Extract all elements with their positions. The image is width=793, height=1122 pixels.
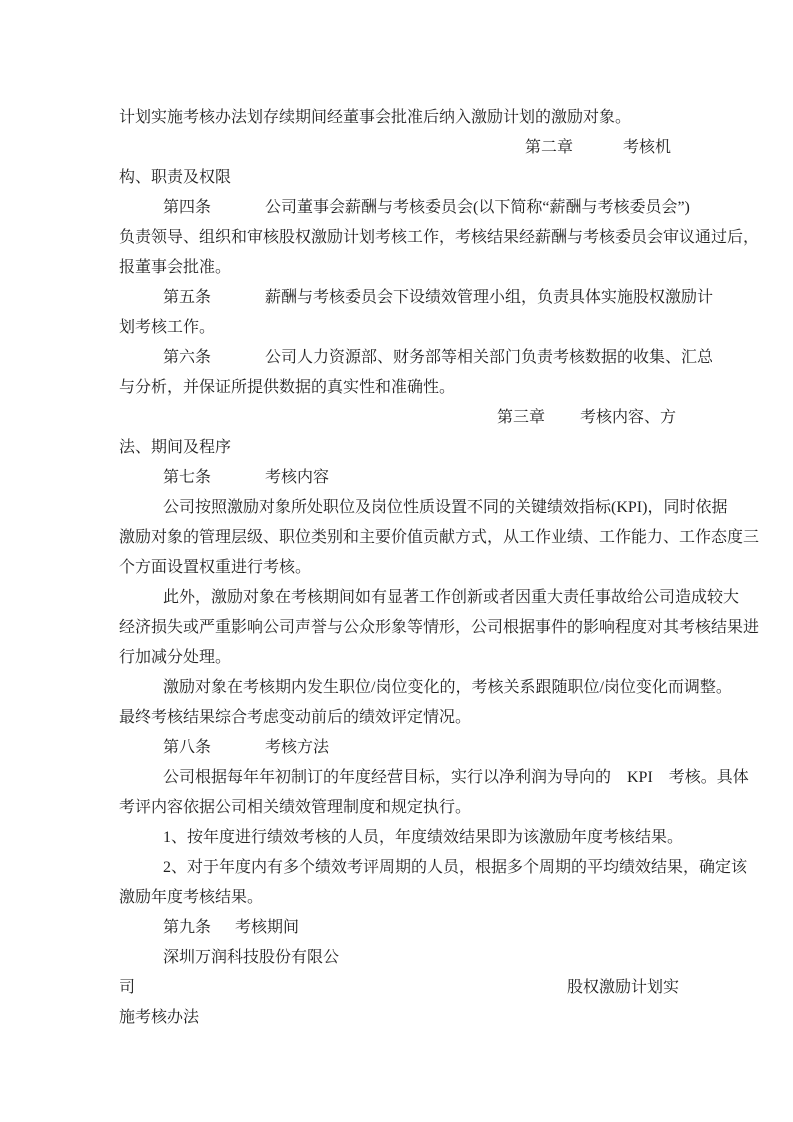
paragraph-line: 划考核工作。 <box>119 313 679 343</box>
paragraph-line: 激励年度考核结果。 <box>119 883 679 913</box>
document-text-block: 计划实施考核办法划存续期间经董事会批准后纳入激励计划的激励对象。 第二章考核机 … <box>119 103 679 1033</box>
paragraph-line: 考评内容依据公司相关绩效管理制度和规定执行。 <box>119 793 679 823</box>
chapter-3-title-wrap-line: 法、期间及程序 <box>119 433 679 463</box>
article-number: 第九条 <box>163 919 211 936</box>
tab-space <box>211 928 235 929</box>
article-number: 第八条 <box>163 739 211 756</box>
paragraph-line: 经济损失或严重影响公司声誉与公众形象等情形，公司根据事件的影响程度对其考核结果进 <box>119 613 679 643</box>
paragraph-line: 报董事会批准。 <box>119 253 679 283</box>
paragraph-line: 计划实施考核办法划存续期间经董事会批准后纳入激励计划的激励对象。 <box>119 103 679 133</box>
article-text: 薪酬与考核委员会下设绩效管理小组，负责具体实施股权激励计 <box>265 289 713 306</box>
article-text: 公司人力资源部、财务部等相关部门负责考核数据的收集、汇总 <box>265 349 713 366</box>
article-4-line: 第四条公司董事会薪酬与考核委员会(以下简称“薪酬与考核委员会”) <box>119 193 679 223</box>
article-title: 考核内容 <box>265 469 329 486</box>
company-title-split-line: 司股权激励计划实 <box>119 973 679 1003</box>
article-6-line: 第六条公司人力资源部、财务部等相关部门负责考核数据的收集、汇总 <box>119 343 679 373</box>
chapter-3-heading-line: 第三章考核内容、方 <box>119 403 679 433</box>
chapter-title-fragment: 考核内容、方 <box>580 409 676 426</box>
article-7-line: 第七条考核内容 <box>119 463 679 493</box>
article-8-line: 第八条考核方法 <box>119 733 679 763</box>
chapter-label: 第三章 <box>497 409 545 426</box>
paragraph-line: 公司根据每年年初制订的年度经营目标，实行以净利润为导向的 KPI 考核。具体 <box>119 763 679 793</box>
company-name-wrap-fragment: 司 <box>119 979 135 996</box>
paragraph-line: 行加减分处理。 <box>119 643 679 673</box>
tab-space <box>211 748 265 749</box>
list-item-1-line: 1、按年度进行绩效考核的人员，年度绩效结果即为该激励年度考核结果。 <box>119 823 679 853</box>
paragraph-line: 最终考核结果综合考虑变动前后的绩效评定情况。 <box>119 703 679 733</box>
article-5-line: 第五条薪酬与考核委员会下设绩效管理小组，负责具体实施股权激励计 <box>119 283 679 313</box>
chapter-2-heading-line: 第二章考核机 <box>119 133 679 163</box>
heading-gap <box>573 148 623 149</box>
chapter-label: 第二章 <box>525 139 573 156</box>
doc-title-wrap-line: 施考核办法 <box>119 1003 679 1033</box>
paragraph-line: 个方面设置权重进行考核。 <box>119 553 679 583</box>
paragraph-line: 此外，激励对象在考核期间如有显著工作创新或者因重大责任事故给公司造成较大 <box>119 583 679 613</box>
tab-space <box>211 478 265 479</box>
paragraph-line: 负责领导、组织和审核股权激励计划考核工作，考核结果经薪酬与考核委员会审议通过后， <box>119 223 679 253</box>
tab-space <box>211 298 265 299</box>
article-number: 第五条 <box>163 289 211 306</box>
paragraph-line: 激励对象的管理层级、职位类别和主要价值贡献方式，从工作业绩、工作能力、工作态度三 <box>119 523 679 553</box>
article-9-line: 第九条考核期间 <box>119 913 679 943</box>
paragraph-line: 激励对象在考核期内发生职位/岗位变化的，考核关系跟随职位/岗位变化而调整。 <box>119 673 679 703</box>
chapter-title-fragment: 考核机 <box>623 139 671 156</box>
list-item-2-line: 2、对于年度内有多个绩效考评周期的人员，根据多个周期的平均绩效结果，确定该 <box>119 853 679 883</box>
heading-gap <box>545 418 580 419</box>
article-number: 第四条 <box>163 199 211 216</box>
article-text: 公司董事会薪酬与考核委员会(以下简称“薪酬与考核委员会”) <box>265 199 690 216</box>
tab-space <box>211 208 265 209</box>
company-name-line: 深圳万润科技股份有限公 <box>119 943 679 973</box>
document-page: 计划实施考核办法划存续期间经董事会批准后纳入激励计划的激励对象。 第二章考核机 … <box>0 0 793 1122</box>
article-title: 考核方法 <box>265 739 329 756</box>
article-number: 第六条 <box>163 349 211 366</box>
wide-gap <box>135 988 567 989</box>
doc-title-fragment: 股权激励计划实 <box>567 979 679 996</box>
chapter-2-title-wrap-line: 构、职责及权限 <box>119 163 679 193</box>
article-title: 考核期间 <box>235 919 299 936</box>
tab-space <box>211 358 265 359</box>
paragraph-line: 与分析，并保证所提供数据的真实性和准确性。 <box>119 373 679 403</box>
article-number: 第七条 <box>163 469 211 486</box>
paragraph-line: 公司按照激励对象所处职位及岗位性质设置不同的关键绩效指标(KPI)，同时依据 <box>119 493 679 523</box>
